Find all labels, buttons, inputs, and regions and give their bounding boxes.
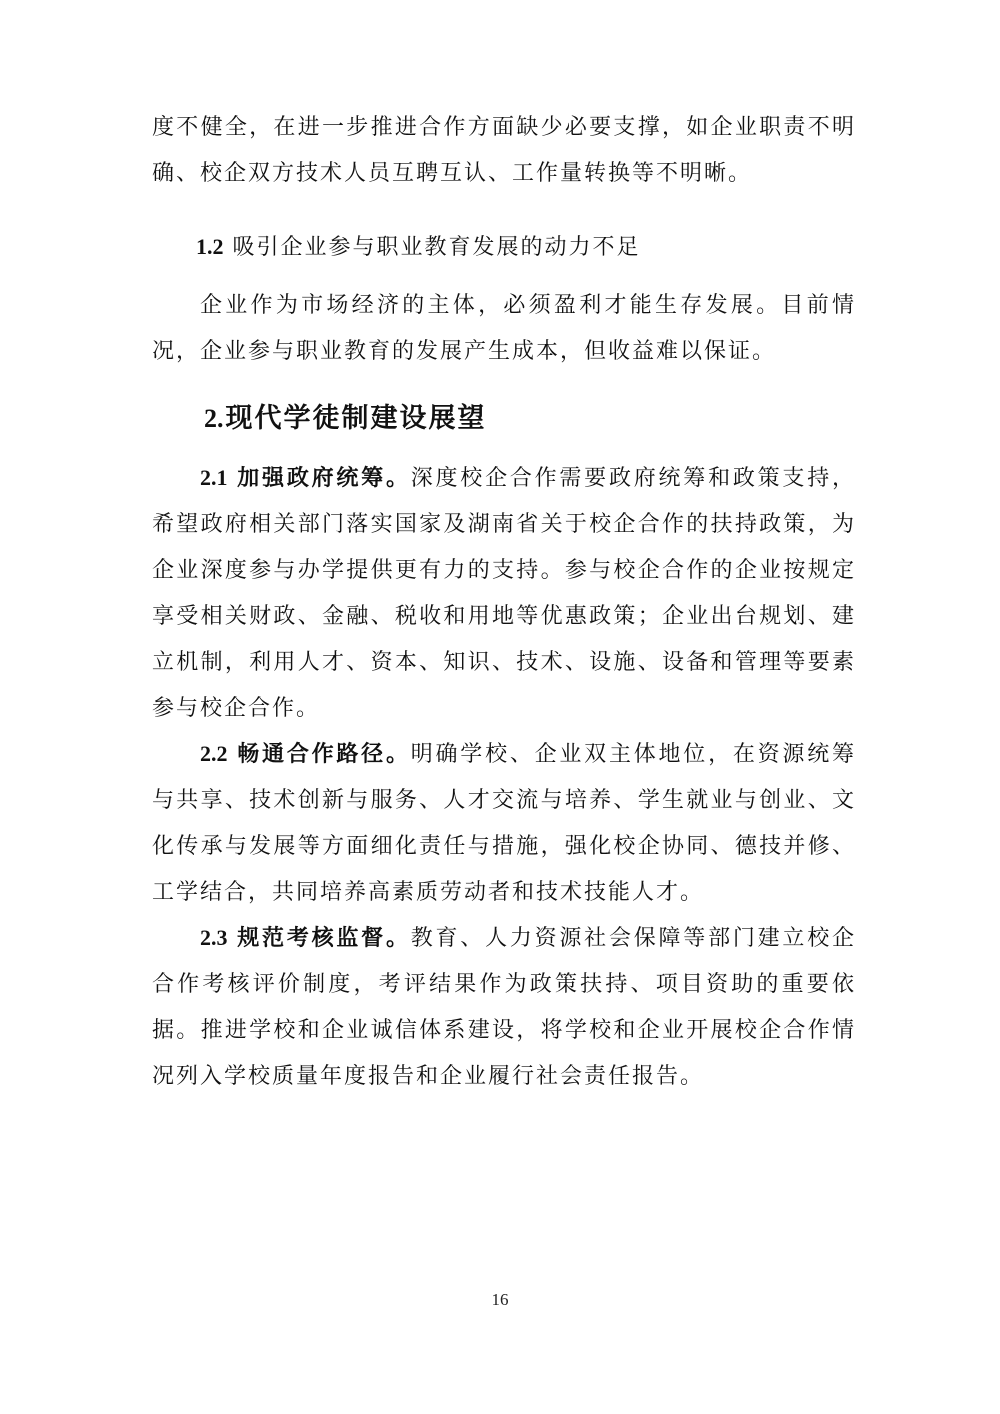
heading-2: 2.现代学徒制建设展望 [152,392,856,445]
document-body: 度不健全，在进一步推进合作方面缺少必要支撑，如企业职责不明确、校企双方技术人员互… [152,104,856,1099]
paragraph-continuation: 度不健全，在进一步推进合作方面缺少必要支撑，如企业职责不明确、校企双方技术人员互… [152,104,856,196]
heading-2-title: 现代学徒制建设展望 [226,403,487,433]
paragraph-1-2: 企业作为市场经济的主体，必须盈利才能生存发展。目前情况，企业参与职业教育的发展产… [152,282,856,374]
paragraph-2-2-lead: 畅通合作路径。 [237,741,411,766]
paragraph-2-3-lead: 规范考核监督。 [237,925,411,950]
paragraph-2-2: 2.2畅通合作路径。明确学校、企业双主体地位，在资源统筹与共享、技术创新与服务、… [152,731,856,915]
paragraph-2-1-lead: 加强政府统筹。 [237,465,411,490]
paragraph-2-1: 2.1加强政府统筹。深度校企合作需要政府统筹和政策支持，希望政府相关部门落实国家… [152,455,856,731]
heading-1-2: 1.2吸引企业参与职业教育发展的动力不足 [152,224,856,270]
paragraph-2-3-number: 2.3 [200,925,228,950]
paragraph-2-2-number: 2.2 [200,741,228,766]
paragraph-2-3: 2.3规范考核监督。教育、人力资源社会保障等部门建立校企合作考核评价制度，考评结… [152,915,856,1099]
heading-2-number: 2. [204,404,224,433]
paragraph-2-1-number: 2.1 [200,465,228,490]
paragraph-2-1-text: 深度校企合作需要政府统筹和政策支持，希望政府相关部门落实国家及湖南省关于校企合作… [152,465,856,720]
page-number: 16 [0,1288,1000,1312]
heading-1-2-title: 吸引企业参与职业教育发展的动力不足 [233,234,641,259]
document-page: 度不健全，在进一步推进合作方面缺少必要支撑，如企业职责不明确、校企双方技术人员互… [0,0,1000,1414]
heading-1-2-number: 1.2 [196,234,224,259]
